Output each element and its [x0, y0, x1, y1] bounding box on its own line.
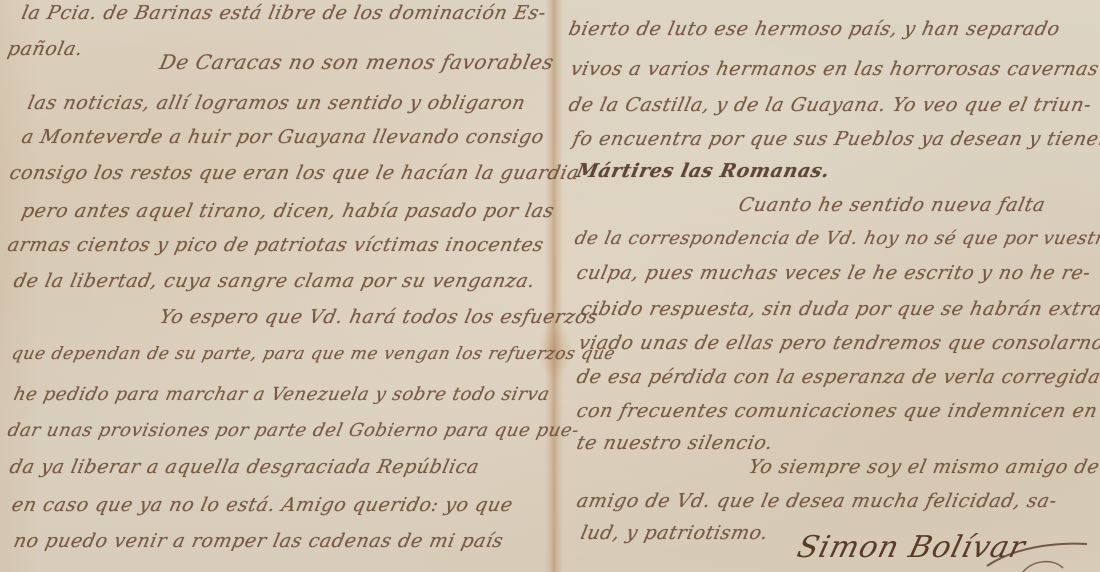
handwritten-line: de la correspondencia de Vd. hoy no sé q…	[573, 228, 1100, 249]
handwritten-line: en caso que ya no lo está. Amigo querido…	[10, 494, 515, 516]
handwritten-line: he pedido para marchar a Venezuela y sob…	[12, 384, 552, 405]
right-page: bierto de luto ese hermoso país, y han s…	[563, 0, 1100, 572]
handwritten-line: pero antes aquel tirano, dicen, había pa…	[20, 200, 557, 222]
handwritten-line: Mártires las Romanas.	[575, 160, 832, 182]
handwritten-line: te nuestro silencio.	[575, 432, 776, 454]
handwritten-line: con frecuentes comunicaciones que indemn…	[575, 400, 1100, 422]
signature-flourish-icon	[983, 538, 1093, 572]
handwritten-line: consigo los restos que eran los que le h…	[8, 162, 582, 184]
handwritten-line: de la libertad, cuya sangre clama por su…	[12, 270, 538, 292]
handwritten-line: da ya liberar a aquella desgraciada Repú…	[8, 456, 482, 478]
handwritten-line: las noticias, allí logramos un sentido y…	[26, 92, 528, 114]
handwritten-line: dar unas provisiones por parte del Gobie…	[6, 420, 581, 441]
handwritten-line: Cuanto he sentido nueva falta	[737, 194, 1048, 216]
left-page: la Pcia. de Barinas está libre de los do…	[0, 0, 545, 572]
manuscript-scan: la Pcia. de Barinas está libre de los do…	[0, 0, 1100, 572]
handwritten-line: a Monteverde a huir por Guayana llevando…	[20, 126, 547, 148]
handwritten-line: De Caracas no son menos favorables	[157, 50, 556, 74]
handwritten-line: viado unas de ellas pero tendremos que c…	[577, 332, 1100, 354]
handwritten-line: Yo siempre soy el mismo amigo de	[747, 456, 1100, 478]
handwritten-line: fo encuentra por que sus Pueblos ya dese…	[571, 128, 1100, 150]
handwritten-line: de esa pérdida con la esperanza de verla…	[575, 366, 1100, 388]
handwritten-line: pañola.	[6, 38, 85, 60]
handwritten-line: vivos a varios hermanos en las horrorosa…	[569, 58, 1100, 80]
handwritten-line: lud, y patriotismo.	[579, 522, 771, 544]
handwritten-line: que dependan de su parte, para que me ve…	[10, 344, 617, 364]
handwritten-line: culpa, pues muchas veces le he escrito y…	[575, 262, 1093, 284]
handwritten-line: no puedo venir a romper las cadenas de m…	[12, 530, 506, 552]
handwritten-line: la Pcia. de Barinas está libre de los do…	[20, 2, 549, 24]
handwritten-line: armas cientos y pico de patriotas víctim…	[6, 234, 546, 256]
handwritten-line: de la Castilla, y de la Guayana. Yo veo …	[567, 94, 1094, 116]
handwritten-line: amigo de Vd. que le desea mucha felicida…	[575, 490, 1059, 512]
handwritten-line: bierto de luto ese hermoso país, y han s…	[567, 18, 1062, 40]
handwritten-line: Yo espero que Vd. hará todos los esfuerz…	[158, 306, 600, 328]
handwritten-line: cibido respuesta, sin duda por que se ha…	[579, 298, 1100, 320]
page-fold-crease	[545, 0, 563, 572]
